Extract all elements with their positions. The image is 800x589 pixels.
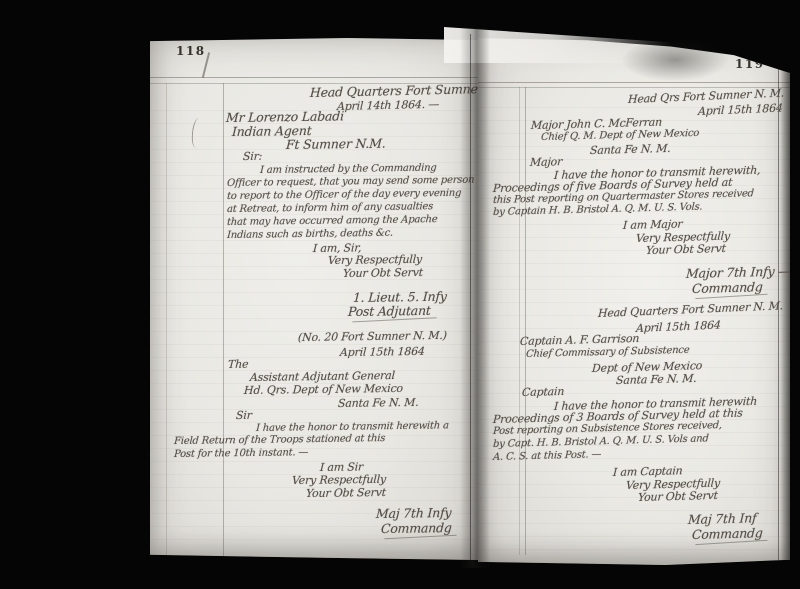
body-line: Officer to request, that you may send so…	[227, 175, 475, 189]
letter-date: April 15th 1864	[698, 101, 783, 118]
salutation: Major	[530, 155, 563, 169]
body-line: I am instructed by the Commanding	[260, 163, 437, 176]
addressee-line: Hd. Qrs. Dept of New Mexico	[244, 382, 404, 397]
letter-heading-line: (No. 20 Fort Sumner N. M.)	[298, 329, 448, 344]
addressee-line: The	[228, 358, 249, 371]
closing-line: I am Major	[623, 217, 683, 232]
ledger-page-119: 119 Head Qrs Fort Sumner N. M. April 15t…	[478, 35, 790, 565]
closing-line: Very Respectfully	[328, 253, 423, 267]
signature-line: Commandg	[692, 525, 764, 542]
binding-gutter-line	[470, 34, 471, 562]
body-line: to report to the Officer of the day ever…	[227, 188, 462, 202]
page-number: 119	[735, 57, 765, 71]
body-line: that may have occurred among the Apache	[227, 214, 438, 228]
page-edge-rule	[778, 45, 779, 589]
addressee-line: Santa Fe N. M.	[616, 372, 697, 387]
closing-line: Your Obt Servt	[343, 266, 424, 280]
addressee-line: Santa Fe N. M.	[590, 142, 671, 157]
ledger-page-118: 118 Head Quarters Fort Sumner N.M. April…	[150, 38, 478, 560]
salutation: Captain	[522, 385, 565, 399]
margin-rule	[166, 83, 167, 556]
header-rule	[150, 77, 478, 78]
signature-line: Post Adjutant	[348, 303, 432, 319]
signature-line: Maj 7th Inf	[688, 510, 757, 527]
signature-line: Major 7th Infy —	[686, 263, 791, 281]
body-line: Indians such as births, deaths &c.	[227, 228, 394, 241]
body-line: Post for the 10th instant. —	[174, 447, 309, 460]
salutation: Sir	[236, 409, 252, 422]
letter-heading-line: Head Quarters Fort Sumner N. M.	[598, 299, 784, 320]
body-line: A. C. S. at this Post. —	[493, 449, 602, 463]
body-line: I have the honor to transmit herewith a	[256, 420, 449, 434]
header-rule	[478, 82, 790, 83]
letter-date: April 15th 1864	[636, 318, 721, 335]
letter-date: April 15th 1864	[340, 345, 426, 359]
pen-flourish	[190, 118, 202, 149]
closing-line: Your Obt Servt	[638, 489, 719, 504]
page-number: 118	[176, 44, 206, 58]
margin-rule	[223, 83, 224, 556]
addressee-line: Ft Sumner N.M.	[286, 136, 386, 152]
closing-line: I am Sir	[320, 460, 364, 474]
signature-line: Commandg	[692, 279, 764, 296]
signature-line: Commandg	[381, 520, 453, 536]
addressee-line: Santa Fe N. M.	[338, 396, 419, 410]
margin-rule	[519, 87, 520, 555]
closing-line: Your Obt Servt	[306, 486, 387, 500]
microfilm-scan: 118 Head Quarters Fort Sumner N.M. April…	[0, 0, 800, 589]
body-line: Field Return of the Troops stationed at …	[174, 433, 386, 447]
body-line: at Retreat, to inform him of any casualt…	[227, 201, 434, 215]
signature-line: Maj 7th Infy	[376, 505, 452, 521]
margin-rule	[525, 87, 526, 555]
salutation: Sir:	[243, 150, 263, 163]
closing-line: Very Respectfully	[292, 473, 387, 487]
letter-date: April 14th 1864. —	[337, 98, 440, 113]
page-curl-highlight	[444, 27, 684, 63]
closing-line: Your Obt Servt	[646, 242, 727, 257]
